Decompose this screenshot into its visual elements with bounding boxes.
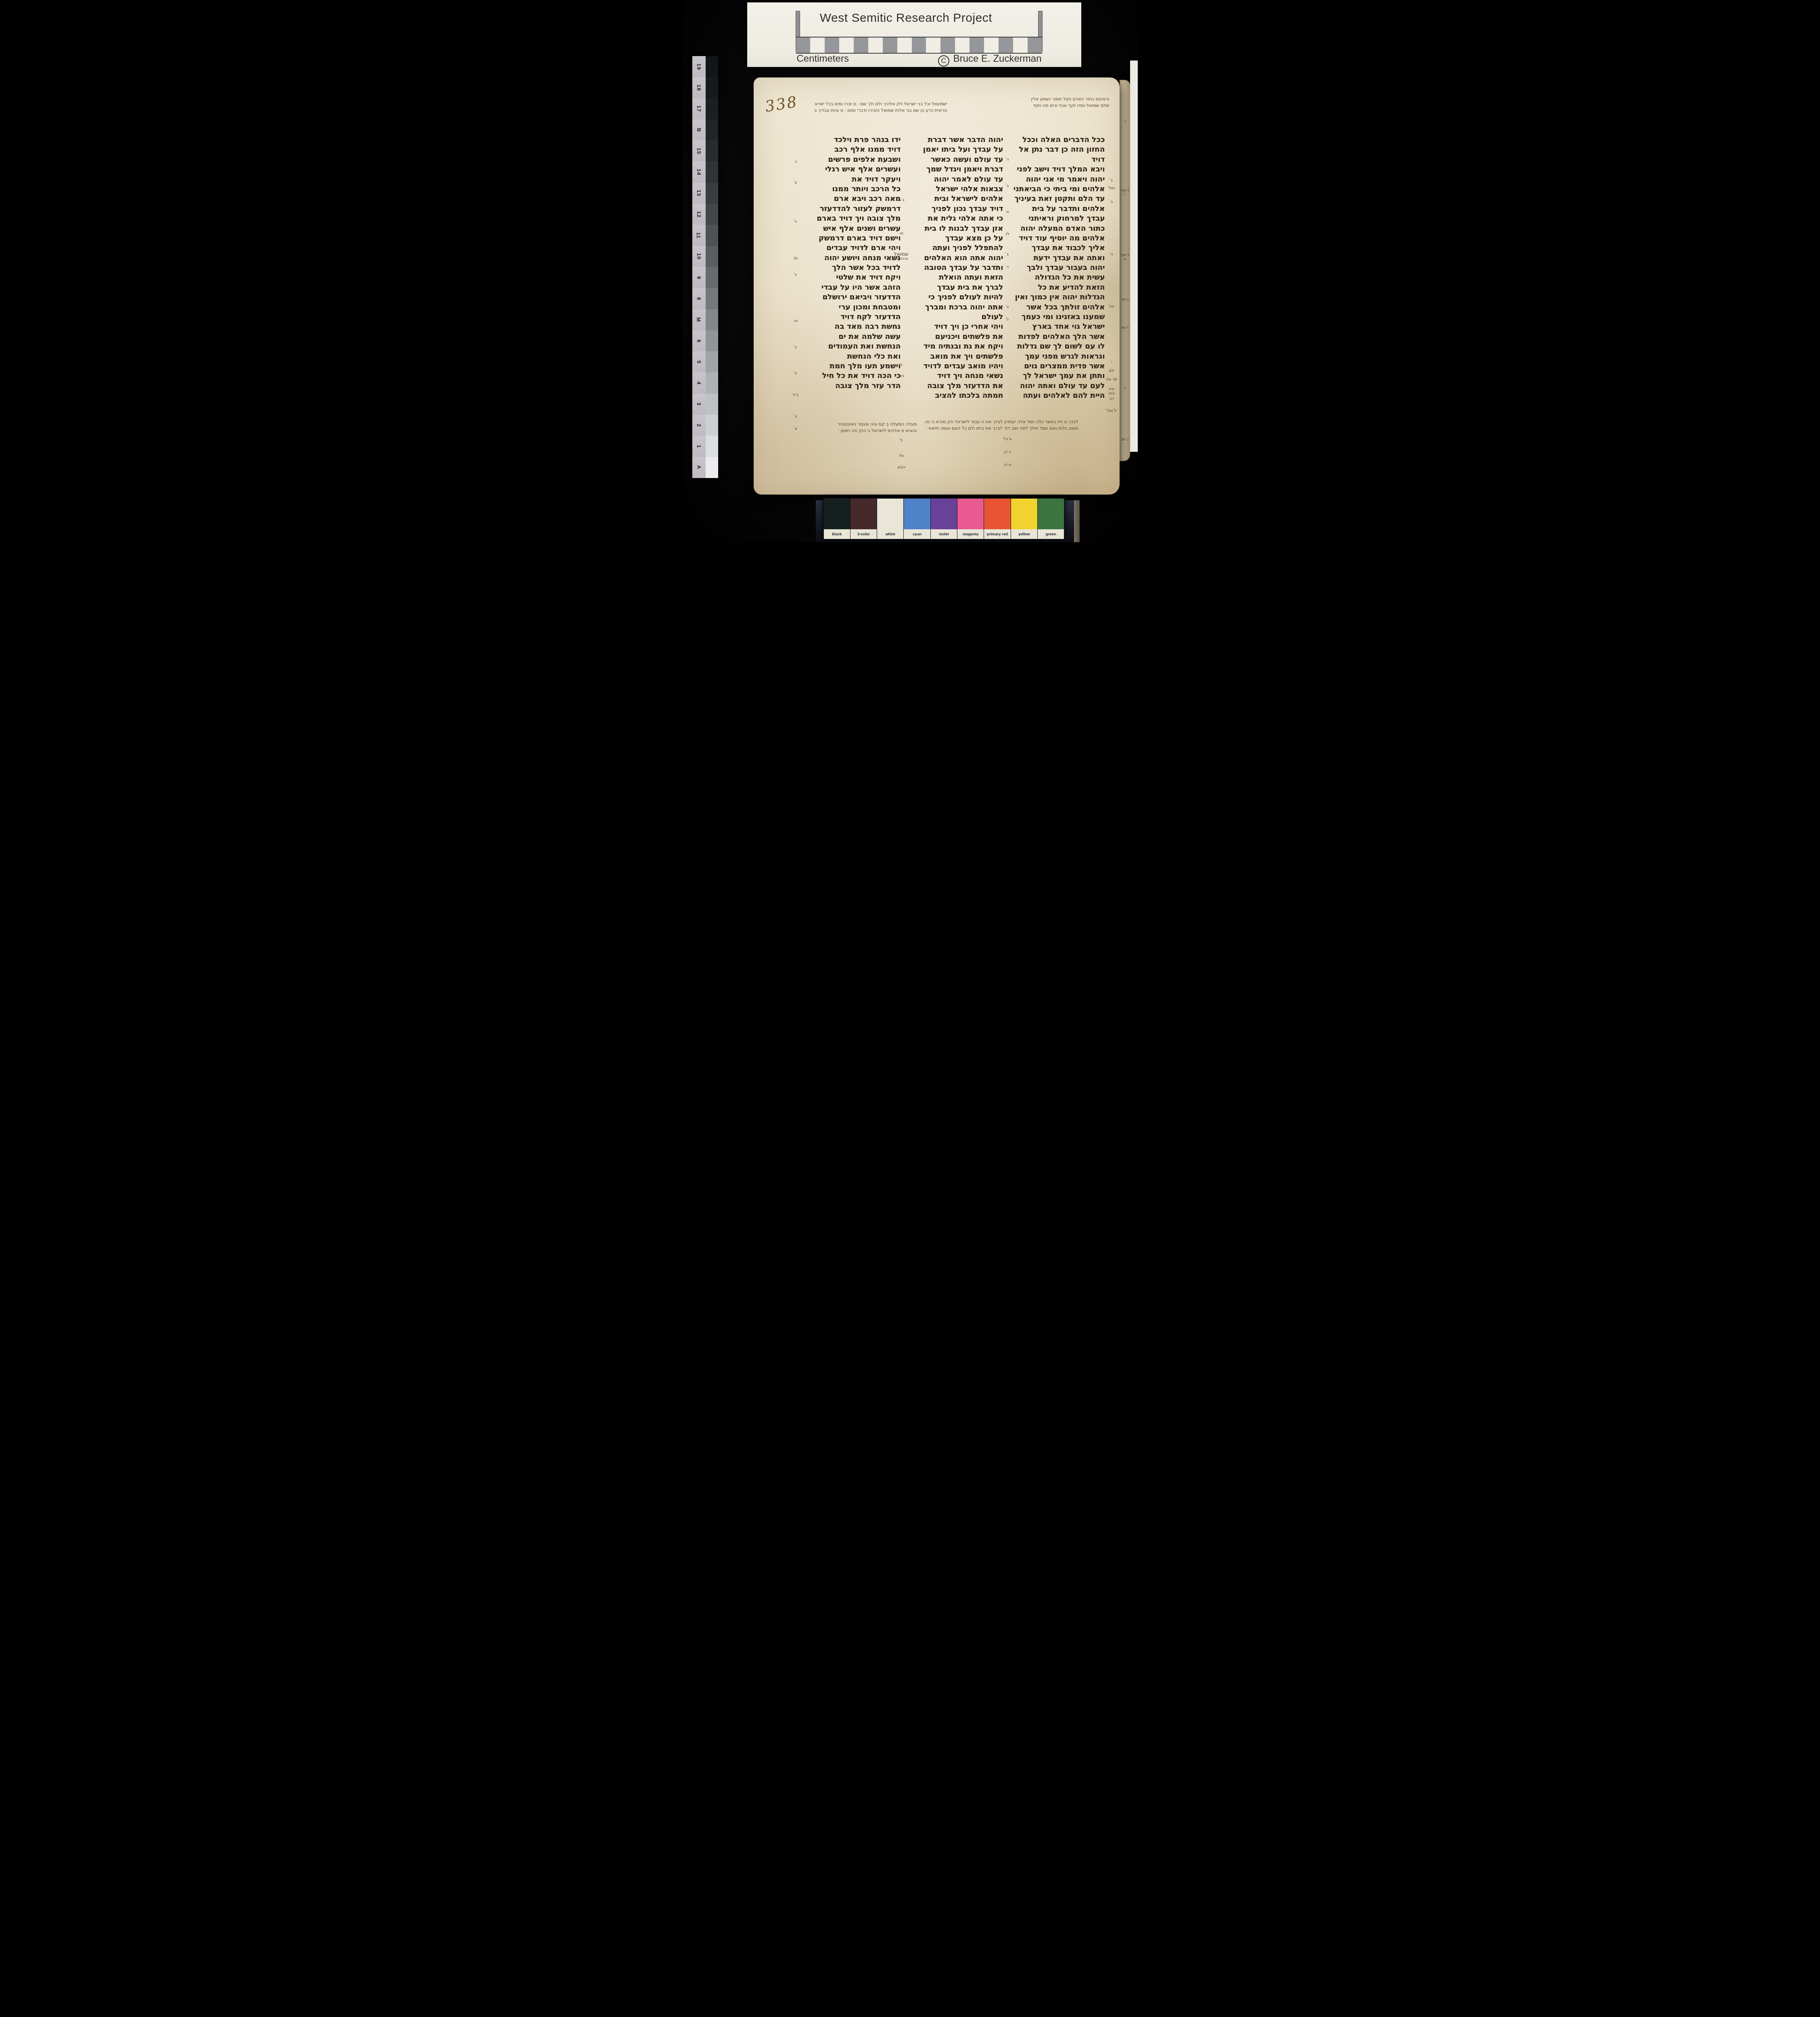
masorah-parva-note: ב̇ כן	[1002, 450, 1014, 454]
masorah-parva-note: ה̇ מל̇	[1120, 298, 1130, 302]
gray-step: 17	[692, 98, 718, 119]
gray-step-label: 10	[692, 246, 706, 267]
masorah-parva-note: ד̇	[1002, 265, 1014, 269]
text-line: כתור האדם המעלה יהוה	[1007, 224, 1105, 234]
text-line: ויהיו מואב עבדים לדויד	[909, 361, 1003, 371]
text-line: יהוה הדבר אשר דברת	[909, 135, 1003, 145]
text-line: אזן עבדך לבנות לו בית	[909, 224, 1003, 234]
text-line: ויקח את גת ובנתיה מיד	[909, 342, 1003, 351]
masorah-parva-note: ומל̇	[1106, 186, 1118, 190]
text-line: ועשרים אלף איש רגלי	[803, 165, 901, 174]
text-line: אשר פדית ממצרים גוים	[1007, 361, 1105, 371]
text-line: אלהים מה יוסיף עוד דויד	[1007, 234, 1105, 243]
text-column-left: ידו בנהר פרת וילכדדויד ממנו אלף רכבושבעת…	[803, 135, 901, 391]
color-swatch-label: black	[824, 529, 850, 539]
masorah-parva-note: ל̇	[1002, 317, 1014, 322]
masorah-parva-note: ל̇ג	[1002, 232, 1014, 236]
color-swatch-cell: magenta	[957, 499, 984, 539]
gray-step-label: 13	[692, 183, 706, 204]
masorah-parva-note: ב̇	[790, 345, 802, 349]
text-line: את הדדעזר מלך צובה	[909, 381, 1003, 391]
marginal-gloss-samuel: שמואל אוזחטוסד	[871, 251, 909, 261]
text-line: ויעקר דויד את	[803, 175, 901, 184]
color-swatch	[984, 499, 1010, 529]
gray-step-swatch	[706, 330, 718, 351]
text-line: עשה שלמה את ים	[803, 332, 901, 342]
masorah-parva-note: ט̇ו	[896, 231, 908, 236]
text-line: הדדעזר ויביאם ירושלם	[803, 292, 901, 302]
text-line: הנחשת ואת העמודים	[803, 342, 901, 351]
copyright-line: CBruce E. Zuckerman	[747, 53, 1042, 67]
masorah-parva-note: טו	[790, 319, 802, 323]
gray-step-label: 12	[692, 204, 706, 225]
color-swatch	[1011, 499, 1037, 529]
text-line: הדר עזר מלך צובה	[803, 381, 901, 391]
masorah-parva-note: חל̇	[896, 374, 908, 378]
masorah-parva-note: ל̇	[896, 363, 908, 367]
masorah-parva-note: יה̇בצ	[896, 465, 908, 470]
text-line: עד עולם ועשה כאשר	[909, 155, 1003, 165]
text-line: ככל הדברים האלה וככל	[1007, 135, 1105, 145]
text-line: חמתה בלכתו להציב	[909, 391, 1003, 401]
text-line: הזאת ועתה הואלת	[909, 273, 1003, 282]
text-line: אלהים ומי ביתי כי הביאתני	[1007, 184, 1105, 194]
gray-step: 13	[692, 183, 718, 204]
color-swatch	[904, 499, 930, 529]
masorah-parva-note: ס̇ כו	[1002, 463, 1014, 467]
text-line: ותתן את עמך ישראל לך	[1007, 371, 1105, 381]
gray-step-label: M	[692, 309, 706, 330]
background-mat	[1130, 61, 1138, 452]
masorah-parva-note: צ̇	[790, 426, 802, 431]
color-swatch-cell: violet	[931, 499, 957, 539]
gray-step-swatch	[706, 98, 718, 119]
text-line: עשית את כל הגדולה	[1007, 273, 1105, 282]
color-swatch-label: white	[877, 529, 903, 539]
masorah-parva-note: ב̇	[1106, 200, 1118, 204]
gray-step-label: 17	[692, 98, 706, 119]
text-line: היית להם לאלהים ועתה	[1007, 391, 1105, 401]
color-swatch-label: primary red	[984, 529, 1010, 539]
masorah-parva-note: ל̇	[1120, 386, 1130, 390]
gray-step-label: B	[692, 119, 706, 140]
text-line: צבאות אלהי ישראל	[909, 184, 1003, 194]
color-swatch-label: 3-color	[850, 529, 877, 539]
gray-step-label: 1	[692, 436, 706, 457]
gray-step: 19	[692, 56, 718, 77]
text-line: כי אתה אלהי גלית את	[909, 214, 1003, 223]
text-line: הגדלות יהוה אין כמוך ואין	[1007, 292, 1105, 302]
text-line: פלשתים ויך את מואב	[909, 352, 1003, 361]
color-swatch	[877, 499, 903, 529]
masorah-parva-outer-left: ג̇צ̇ל̇פ̇זל̇טוב̇ח̇ל̇ ל̇ב̇צ̇	[790, 135, 802, 474]
gray-step-swatch	[706, 372, 718, 393]
text-line: מלך צובה ויך דויד בארם	[803, 214, 901, 223]
text-line: עשרים ושנים אלף איש	[803, 224, 901, 234]
text-line: ואתה את עבדך ידעת	[1007, 253, 1105, 263]
masorah-parva-note: י̇	[1106, 360, 1118, 365]
masorah-parva-note: ל̇ ל̇	[790, 393, 802, 398]
gray-step: 11	[692, 225, 718, 246]
gray-step-label: 15	[692, 140, 706, 161]
text-line: על כן מצא עבדך	[909, 234, 1003, 243]
masorah-parva-note: ח̇	[790, 371, 802, 376]
text-line: דברת ויאמן ויגדל שמך	[909, 165, 1003, 174]
color-calibration-bar: black 3-color white cyan violet magenta …	[823, 498, 1065, 540]
masorah-parva-outer-right: ל̇ומל̇ב̇ה̇חל̇י̇ק̇עת̇ך צ̇אאת̇ פמ̇ודב̇ל̇ ו…	[1106, 135, 1118, 482]
text-line: יהוה בעבור עבדך ולבך	[1007, 263, 1105, 273]
gray-step-swatch	[706, 246, 718, 267]
masorah-magna-bottom-right: לבדך ט וזיו באשר כלה יסוד אלה יעמדון לבד…	[925, 419, 1078, 432]
gray-step-swatch	[706, 415, 718, 436]
masorah-parva-note: ל̇ ומל̇	[1106, 409, 1118, 413]
color-swatch-cell: 3-color	[850, 499, 877, 539]
gray-step: 4	[692, 372, 718, 393]
text-line: ותדבר על עבדך הטובה	[909, 263, 1003, 273]
gray-step-swatch	[706, 225, 718, 246]
gray-step: 8	[692, 288, 718, 309]
gray-step-swatch	[706, 161, 718, 182]
masorah-parva-note: ב̇	[1002, 305, 1014, 309]
masorah-parva-note: ל̇	[1106, 179, 1118, 183]
text-line: וישם דויד בארם דרמשק	[803, 234, 901, 243]
text-line: ושבעת אלפים פרשים	[803, 155, 901, 165]
masorah-parva-note: דב̇	[1106, 397, 1118, 401]
gray-step-swatch	[706, 288, 718, 309]
text-line: לדויד בכל אשר הלך	[803, 263, 901, 273]
masorah-parva-note: ול̇ז	[896, 454, 908, 458]
text-line: ואת כלי הנחשת	[803, 352, 901, 361]
text-line: כל הרכב ויותר ממנו	[803, 184, 901, 194]
text-line: ידו בנהר פרת וילכד	[803, 135, 901, 145]
text-line: נחשת רבה מאד בה	[803, 322, 901, 332]
gray-step-swatch	[706, 183, 718, 204]
text-line: אשר הלך האלהים לפדות	[1007, 332, 1105, 342]
text-line: כי הכה דויד את כל חיל	[803, 371, 901, 381]
text-column-middle: יהוה הדבר אשר דברתעל עבדך ועל ביתו יאמןע…	[909, 135, 1003, 401]
gray-step-wedge: 19 18 17 B 15 14 13 12 11 10	[692, 56, 718, 478]
gray-step-label: 8	[692, 288, 706, 309]
masorah-parva-note: את̇ פמ̇ו	[1106, 387, 1118, 396]
masorah-parva-note: ל̇	[790, 220, 802, 224]
text-line: לברך את בית עבדך	[909, 283, 1003, 292]
gray-step: 2	[692, 415, 718, 436]
text-line: לעולם	[909, 312, 1003, 322]
scale-card: West Semitic Research Project Centimeter…	[747, 2, 1081, 67]
gray-step-label: 3	[692, 394, 706, 415]
text-line: דויד	[1007, 155, 1105, 165]
color-swatch-cell: black	[824, 499, 850, 539]
masorah-magna-bottom-left: מעלה המעלה ב קמ וגיה איגמר ויאיונסטיר וה…	[804, 421, 917, 434]
text-line: אליך לכבוד את עבדך	[1007, 243, 1105, 253]
gray-step-swatch	[706, 351, 718, 372]
text-line: לו עם לשום לך שם גדלות	[1007, 342, 1105, 351]
text-line: הזהב אשר היו על עבדי	[803, 283, 901, 292]
folio-edge-masorah: ךל̇ ומל̇ ז̇ל̇ ומל̇ ט̇ה̇ מל̇ח̇ מל̇ל̇ב̇ חצ…	[1120, 81, 1130, 460]
color-swatch-cell: cyan	[904, 499, 930, 539]
text-line: להתפלל לפניך ועתה	[909, 243, 1003, 253]
text-line: יהוה ויאמר מי אני יהוה	[1007, 175, 1105, 184]
masorah-parva-note: ך	[1120, 119, 1130, 123]
gray-step: 18	[692, 77, 718, 98]
text-line: ומטבחת ומכון ערי	[803, 303, 901, 312]
copyright-icon: C	[938, 55, 949, 67]
gray-step-label: 9	[692, 267, 706, 288]
text-line: יהוה אתה הוא האלהים	[909, 253, 1003, 263]
text-line: ויבא המלך דויד וישב לפני	[1007, 165, 1105, 174]
text-line: הזאת להדיע את כל	[1007, 283, 1105, 292]
gray-step: B	[692, 119, 718, 140]
text-line: עבדך למרחוק וראיתני	[1007, 214, 1105, 223]
text-line: את פלשתים ויכניעם	[909, 332, 1003, 342]
photograph-of-codex-page: West Semitic Research Project Centimeter…	[683, 0, 1138, 542]
masorah-parva-note: ה̇	[1002, 157, 1014, 162]
text-line: דרמשק לעזור להדדעזר	[803, 204, 901, 214]
gray-step: 6	[692, 330, 718, 351]
gray-step-swatch	[706, 457, 718, 478]
gray-step-label: 18	[692, 77, 706, 98]
text-line: דויד עבדך נכון לפניך	[909, 204, 1003, 214]
gray-step: 5	[692, 351, 718, 372]
text-line: להיות לעולם לפניך כי	[909, 292, 1003, 302]
masorah-parva-note: ל̇ ומל̇ ז̇	[1120, 189, 1130, 197]
text-line: הדדעזר לקח דויד	[803, 312, 901, 322]
gray-step-label: 14	[692, 161, 706, 182]
masorah-parva-note: חל̇	[1106, 305, 1118, 309]
color-swatch	[957, 499, 984, 529]
masorah-magna-top-left: ישמעאל וכל בני ישראל וילן אלהיך ולם ולך …	[814, 101, 947, 114]
text-line: לעם עד עולם ואתה יהוה	[1007, 381, 1105, 391]
masorah-parva-note: פ̇ז	[790, 256, 802, 261]
gray-step: 1	[692, 436, 718, 457]
text-line: אלהים ותדבר על בית	[1007, 204, 1105, 214]
masorah-parva-note: ג̇	[790, 159, 802, 164]
text-line: ישראל גוי אחד בארץ	[1007, 322, 1105, 332]
text-line: החזון הזה כן דבר נתן אל	[1007, 145, 1105, 155]
gray-step: 12	[692, 204, 718, 225]
masorah-parva-note: ל̇	[896, 438, 908, 443]
text-line: ויקח דויד את שלטי	[803, 273, 901, 282]
gray-step-label: 5	[692, 351, 706, 372]
gray-step-label: 4	[692, 372, 706, 393]
color-swatch	[1038, 499, 1064, 529]
masorah-parva-note: צ̇ כל̇	[1002, 437, 1014, 441]
masorah-magna-top-right: וראיונם כתור האדם וקול חמור נשמע אלין של…	[994, 96, 1110, 109]
color-swatch	[931, 499, 957, 529]
project-title: West Semitic Research Project	[747, 11, 1065, 25]
gray-step-swatch	[706, 56, 718, 77]
color-swatch-label: violet	[931, 529, 957, 539]
gray-step: M	[692, 309, 718, 330]
text-line: אלהים זולתך בכל אשר	[1007, 303, 1105, 312]
masorah-parva-note: ל̇ ומל̇ ט̇	[1120, 253, 1130, 261]
centimeter-checker-scale	[796, 37, 1042, 54]
text-line: דויד ממנו אלף רכב	[803, 145, 901, 155]
text-line: על עבדך ועל ביתו יאמן	[909, 145, 1003, 155]
gray-step: A	[692, 457, 718, 478]
color-swatch-label: magenta	[957, 529, 984, 539]
text-line: אלהים לישראל ובית	[909, 194, 1003, 204]
gray-step-label: 19	[692, 56, 706, 77]
gray-step-label: 11	[692, 225, 706, 246]
masorah-parva-note: ק̇ע	[1106, 368, 1118, 373]
masorah-parva-note: ב̇ חצ̇	[1120, 438, 1130, 442]
text-line: ויהי אחרי כן ויך דויד	[909, 322, 1003, 332]
gray-step: 9	[692, 267, 718, 288]
gray-step-label: A	[692, 457, 706, 478]
gray-step-swatch	[706, 267, 718, 288]
gray-step: 14	[692, 161, 718, 182]
text-line: עד עולם לאמר יהוה	[909, 175, 1003, 184]
color-swatch	[824, 499, 850, 529]
gray-step-label: 6	[692, 330, 706, 351]
text-line: מאה רכב ויבא ארם	[803, 194, 901, 204]
color-swatch-cell: green	[1038, 499, 1064, 539]
masorah-parva-note: ה̇	[1106, 252, 1118, 257]
color-swatch	[850, 499, 877, 529]
text-line: ונראות לגרש מפני עמך	[1007, 352, 1105, 361]
manuscript-page: 338 ישמעאל וכל בני ישראל וילן אלהיך ולם …	[754, 77, 1120, 495]
gray-step-swatch	[706, 436, 718, 457]
gray-step-swatch	[706, 204, 718, 225]
color-swatch-label: cyan	[904, 529, 930, 539]
masorah-parva-note: ב̇	[1002, 252, 1014, 257]
text-line: נשאי מנחה ויך דויד	[909, 371, 1003, 381]
masorah-parva-note: א̇	[1002, 210, 1014, 214]
gray-step-swatch	[706, 309, 718, 330]
text-line: עד הלם ותקטן זאת בעיניך	[1007, 194, 1105, 204]
masorah-parva-note: ב̇ ב̇	[896, 198, 908, 202]
copyright-name: Bruce E. Zuckerman	[953, 53, 1042, 64]
gray-step-swatch	[706, 119, 718, 140]
gray-step: 10	[692, 246, 718, 267]
text-line: אתה יהוה ברכת ומברך	[909, 303, 1003, 312]
gray-step-label: 2	[692, 415, 706, 436]
masorah-parva-note: ב̇	[1002, 184, 1014, 188]
color-swatch-label: yellow	[1011, 529, 1037, 539]
color-swatch-cell: primary red	[984, 499, 1011, 539]
masorah-parva-note: ל̇	[790, 273, 802, 278]
masorah-parva-note: ח̇ מל̇	[1120, 326, 1130, 330]
gray-step-swatch	[706, 77, 718, 98]
color-swatch-cell: yellow	[1011, 499, 1038, 539]
gray-step-swatch	[706, 140, 718, 161]
text-line: וישמע תעו מלך חמת	[803, 361, 901, 371]
masorah-parva-note: ב̇	[790, 414, 802, 419]
masorah-parva-note: ת̇ך צ̇א	[1106, 377, 1118, 382]
folio-number: 338	[764, 93, 799, 115]
gray-step-swatch	[706, 394, 718, 415]
color-swatch-label: green	[1038, 529, 1064, 539]
gray-step: 3	[692, 394, 718, 415]
color-swatch-cell: white	[877, 499, 904, 539]
masorah-parva-note: צ̇	[790, 180, 802, 185]
text-column-right: ככל הדברים האלה וככלהחזון הזה כן דבר נתן…	[1007, 135, 1105, 401]
text-line: שמענו באזנינו ומי כעמך	[1007, 312, 1105, 322]
gray-step: 15	[692, 140, 718, 161]
